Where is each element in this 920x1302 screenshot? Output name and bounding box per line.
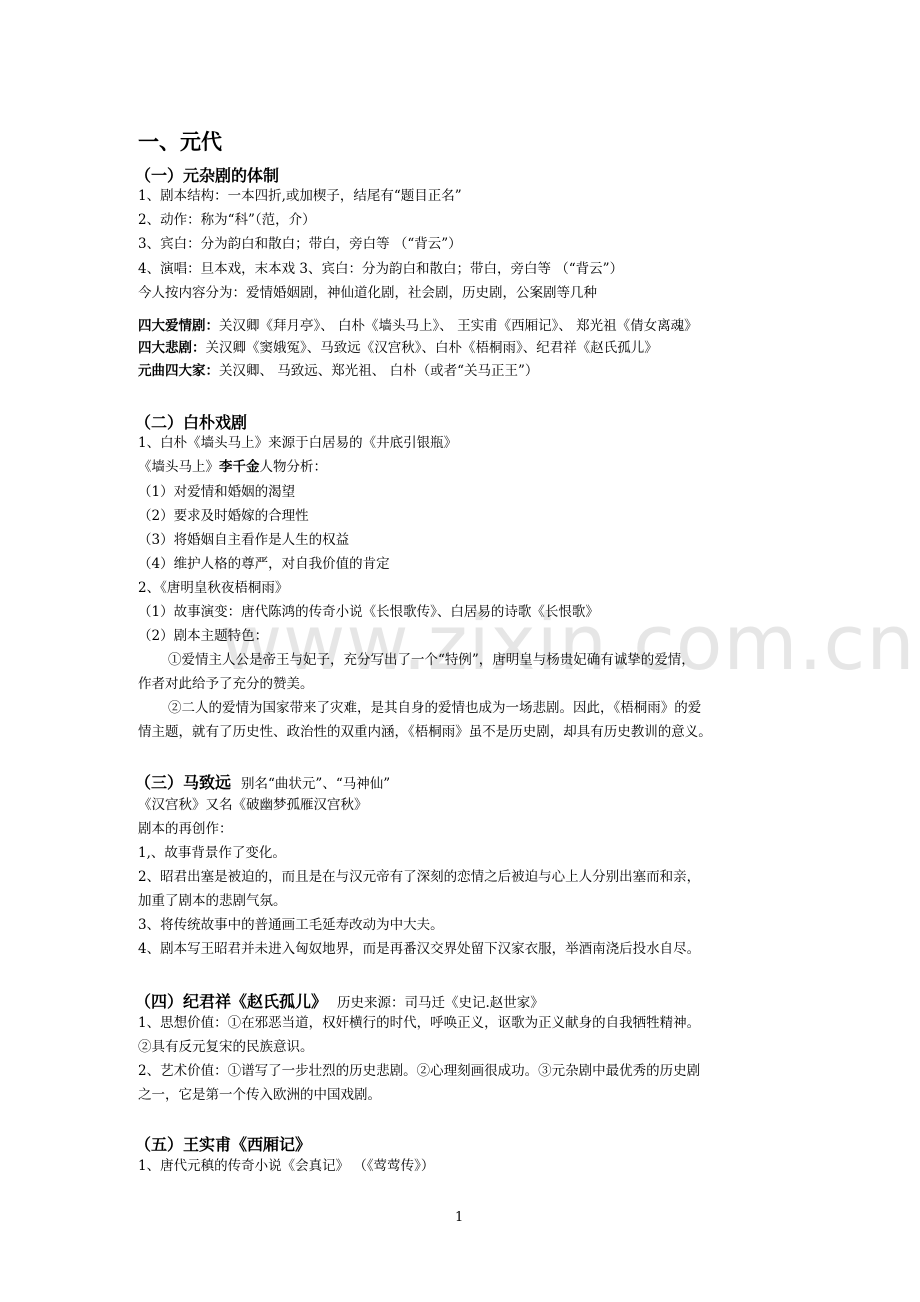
text-line: ②具有反元复宋的民族意识。 (138, 1038, 314, 1056)
list-text: 关汉卿、 马致远、郑光祖、 白朴（或者“关马正王”） (219, 363, 538, 379)
list-text: 关汉卿《窦娥冤》、马致远《汉宫秋》、白朴《梧桐雨》、纪君祥《赵氏孤儿》 (206, 340, 658, 356)
text-line: 3、宾白：分为韵白和散白；带白，旁白等 （“背云”） (138, 235, 462, 253)
analysis-line: 《墙头马上》李千金人物分析： (138, 458, 327, 476)
text-line: 4、剧本写王昭君并未进入匈奴地界，而是再番汉交界处留下汉家衣服，举酒南浇后投水自… (138, 940, 700, 958)
text-line: 1、思想价值：①在邪恶当道，权奸横行的时代，呼唤正义，讴歌为正义献身的自我牺牲精… (138, 1014, 700, 1032)
section-title-3: （三）马致远别名“曲状元”、“马神仙” (135, 770, 390, 793)
text-line: 1、白朴《墙头马上》来源于白居易的《井底引银瓶》 (138, 434, 457, 452)
page-number: 1 (455, 1210, 463, 1225)
text: 《墙头马上》 (138, 459, 219, 475)
text-line: 加重了剧本的悲剧气氛。 (138, 892, 287, 910)
text-line: 2、动作：称为“科”（范，介） (138, 211, 316, 229)
paragraph: 情主题，就有了历史性、政治性的双重内涵，《梧桐雨》虽不是历史剧，却具有历史教训的… (138, 723, 712, 741)
point: （3）将婚姻自主看作是人生的权益 (138, 531, 349, 549)
section-title-5: （五）王实甫《西厢记》 (135, 1132, 311, 1155)
paragraph: ②二人的爱情为国家带来了灾难，是其自身的爱情也成为一场悲剧。因此，《梧桐雨》的爱 (168, 699, 701, 717)
text-line: 2、昭君出塞是被迫的，而且是在与汉元帝有了深刻的恋情之后被迫与心上人分别出塞而和… (138, 868, 700, 886)
text-line: 1,、故事背景作了变化。 (138, 844, 286, 862)
title-text: （四）纪君祥《赵氏孤儿》 (135, 992, 327, 1011)
list-masters: 元曲四大家：关汉卿、 马致远、郑光祖、 白朴（或者“关马正王”） (138, 362, 538, 380)
text-line: 2、《唐明皇秋夜梧桐雨》 (138, 579, 288, 597)
list-label: 四大爱情剧： (138, 318, 219, 334)
section-title-4: （四）纪君祥《赵氏孤儿》历史来源：司马迁《史记.赵世家》 (135, 989, 544, 1012)
text-line: 1、剧本结构：一本四折,或加楔子，结尾有“题目正名” (138, 187, 462, 205)
document-page: www.zixin.com.cn 一、元代 （一）元杂剧的体制 1、剧本结构：一… (0, 0, 920, 1302)
character-name: 李千金 (219, 459, 260, 475)
text-line: 4、演唱：旦本戏，末本戏 3、宾白：分为韵白和散白；带白，旁白等 （“背云”） (138, 260, 623, 278)
text: 人物分析： (260, 459, 328, 475)
title-note: 别名“曲状元”、“马神仙” (241, 776, 390, 792)
section-title-2: （二）白朴戏剧 (135, 410, 247, 433)
section-title-1: （一）元杂剧的体制 (135, 163, 279, 186)
list-label: 元曲四大家： (138, 363, 219, 379)
list-text: 关汉卿《拜月亭》、 白朴《墙头马上》、 王实甫《西厢记》、 郑光祖《倩女离魂》 (219, 318, 698, 334)
title-note: 历史来源：司马迁《史记.赵世家》 (337, 995, 544, 1011)
point: （4）维护人格的尊严，对自我价值的肯定 (138, 555, 390, 573)
chapter-title: 一、元代 (138, 126, 222, 156)
text-line: 之一，它是第一个传入欧洲的中国戏剧。 (138, 1086, 381, 1104)
text-line: 剧本的再创作： (138, 820, 233, 838)
text-line: 《汉宫秋》又名《破幽梦孤雁汉宫秋》 (138, 796, 368, 814)
list-love-dramas: 四大爱情剧：关汉卿《拜月亭》、 白朴《墙头马上》、 王实甫《西厢记》、 郑光祖《… (138, 317, 698, 335)
point: （1）对爱情和婚姻的渴望 (138, 483, 295, 501)
list-tragedies: 四大悲剧：关汉卿《窦娥冤》、马致远《汉宫秋》、白朴《梧桐雨》、纪君祥《赵氏孤儿》 (138, 339, 658, 357)
text-line: 3、将传统故事中的普通画工毛延寿改动为中大夫。 (138, 916, 444, 934)
point: （2）要求及时婚嫁的合理性 (138, 507, 309, 525)
text-line: 1、唐代元稹的传奇小说《会真记》 （《莺莺传》） (138, 1157, 434, 1175)
text-line: （1）故事演变：唐代陈鸿的传奇小说《长恨歌传》、白居易的诗歌《长恨歌》 (138, 603, 599, 621)
title-text: （三）马致远 (135, 773, 231, 792)
list-label: 四大悲剧： (138, 340, 206, 356)
paragraph: ①爱情主人公是帝王与妃子，充分写出了一个“特例”，唐明皇与杨贵妃确有诚挚的爱情， (168, 651, 695, 669)
text-line: （2）剧本主题特色： (138, 627, 268, 645)
paragraph: 作者对此给予了充分的赞美。 (138, 675, 314, 693)
text-line: 今人按内容分为：爱情婚姻剧，神仙道化剧，社会剧，历史剧，公案剧等几种 (138, 284, 597, 302)
text-line: 2、艺术价值：①谱写了一步壮烈的历史悲剧。②心理刻画很成功。③元杂剧中最优秀的历… (138, 1062, 700, 1080)
